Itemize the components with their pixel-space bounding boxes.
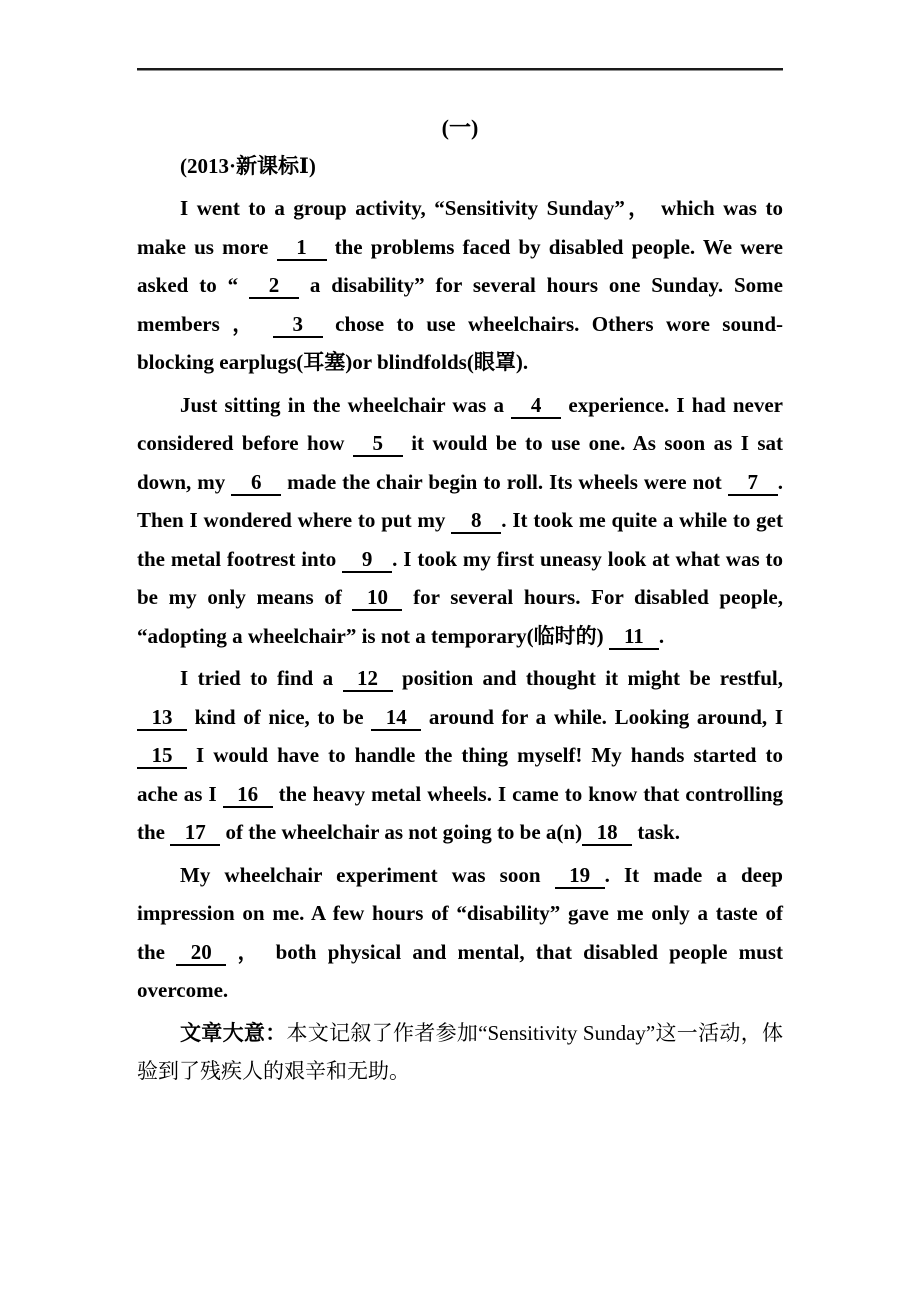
passage-text: position and thought it might be restful… [393,666,783,690]
cloze-passage: I went to a group activity, “Sensitivity… [137,189,783,1010]
passage-text: around for a while. Looking around, I [421,705,783,729]
document-page: (一) (2013·新课标Ⅰ) I went to a group activi… [137,0,783,1091]
cloze-blank-16: 16 [223,783,273,808]
summary-label: 文章大意： [180,1021,287,1045]
passage-paragraph-1: I went to a group activity, “Sensitivity… [137,189,783,382]
passage-text: task. [632,820,680,844]
passage-paragraph-2: Just sitting in the wheelchair was a 4 e… [137,386,783,656]
cloze-blank-13: 13 [137,706,187,731]
cloze-blank-7: 7 [728,471,778,496]
top-rule [137,68,783,71]
cloze-blank-19: 19 [555,864,605,889]
cloze-blank-17: 17 [170,821,220,846]
passage-text: Just sitting in the wheelchair was a [180,393,511,417]
cloze-blank-12: 12 [343,667,393,692]
passage-paragraph-3: I tried to find a 12 position and though… [137,659,783,852]
passage-text: I tried to find a [180,666,343,690]
passage-text: ， both physical and mental, that disable… [137,940,783,1003]
cloze-blank-10: 10 [352,586,402,611]
cloze-blank-1: 1 [277,236,327,261]
passage-text: My wheelchair experiment was soon [180,863,555,887]
cloze-blank-4: 4 [511,394,561,419]
cloze-blank-9: 9 [342,548,392,573]
section-title: (一) [137,109,783,147]
passage-paragraph-4: My wheelchair experiment was soon 19. It… [137,856,783,1010]
cloze-blank-3: 3 [273,313,323,338]
passage-text: kind of nice, to be [187,705,371,729]
cloze-blank-14: 14 [371,706,421,731]
cloze-blank-6: 6 [231,471,281,496]
passage-text: made the chair begin to roll. Its wheels… [281,470,728,494]
exam-source: (2013·新课标Ⅰ) [137,147,783,185]
passage-text: of the wheelchair as not going to be a(n… [220,820,582,844]
cloze-blank-20: 20 [176,941,226,966]
cloze-blank-5: 5 [353,432,403,457]
passage-text: . [659,624,664,648]
cloze-blank-18: 18 [582,821,632,846]
cloze-blank-2: 2 [249,274,299,299]
cloze-blank-11: 11 [609,625,659,650]
cloze-blank-15: 15 [137,744,187,769]
cloze-blank-8: 8 [451,509,501,534]
summary-paragraph: 文章大意：本文记叙了作者参加“Sensitivity Sunday”这一活动，体… [137,1014,783,1091]
